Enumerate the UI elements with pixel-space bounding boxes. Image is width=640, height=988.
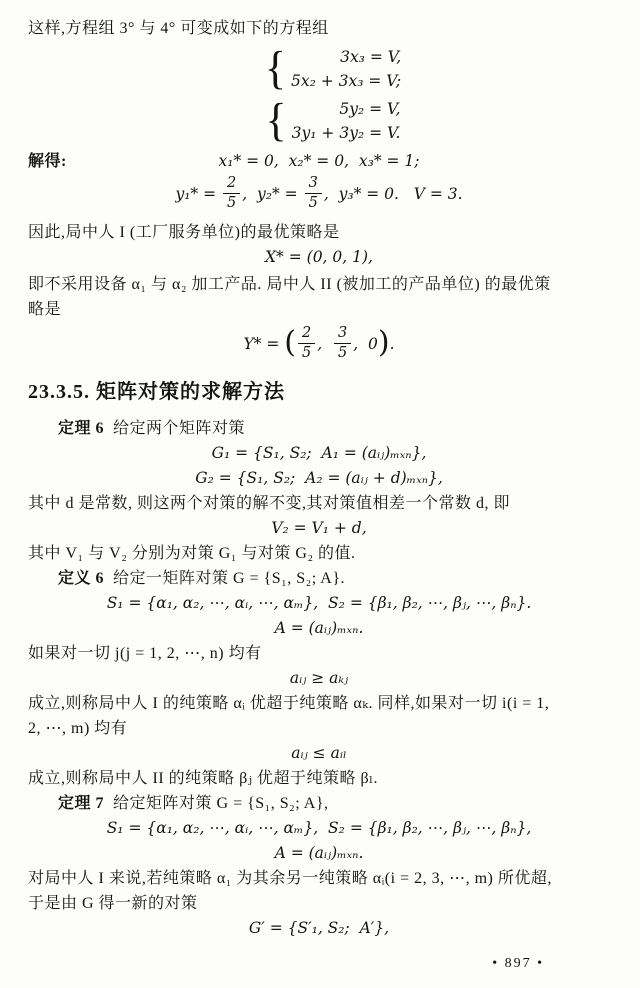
denominator: 5 [302, 344, 311, 361]
theorem6-g2-formula: G₂ = {S₁, S₂; A₂ = (aᵢⱼ + d)ₘₓₙ}, [28, 466, 610, 491]
equation-rows: 3x₃ = V, 5x₂ + 3x₃ = V; [291, 45, 401, 93]
y-solution-part2: , y₂* = [242, 185, 302, 203]
definition6-inequality1: aᵢⱼ ≥ aₖⱼ [28, 666, 610, 691]
x-star-formula: X* = (0, 0, 1), [28, 245, 610, 270]
theorem7-body-line1: 对局中人 I 来说,若纯策略 α₁ 为其余另一纯策略 αᵢ(i = 2, 3, … [28, 866, 610, 891]
definition6-s-sets-formula: S₁ = {α₁, α₂, ⋯, αᵢ, ⋯, αₘ}, S₂ = {β₁, β… [28, 591, 610, 616]
numerator: 3 [334, 326, 351, 344]
definition6-condition1: 如果对一切 j(j = 1, 2, ⋯, n) 均有 [28, 641, 610, 666]
x-solution-formula: x₁* = 0, x₂* = 0, x₃* = 1; [28, 149, 610, 174]
fraction: 3 5 [334, 326, 351, 360]
equation-x-row2: 5x₂ + 3x₃ = V; [291, 69, 401, 93]
definition6-a-matrix-formula: A = (aᵢⱼ)ₘₓₙ. [28, 616, 610, 641]
definition6-intro-row: 定义 6 给定一矩阵对策 G = {S₁, S₂; A}. [28, 566, 610, 591]
solve-label: 解得: [28, 149, 67, 174]
theorem7-intro: 给定矩阵对策 G = {S₁, S₂; A}, [113, 795, 329, 812]
theorem6-intro-row: 定理 6 给定两个矩阵对策 [28, 416, 610, 441]
y-star-comma: , [317, 335, 332, 353]
denominator: 5 [309, 194, 318, 211]
equation-y-row1: 5y₂ = V, [339, 97, 400, 121]
theorem6-tail: 其中 V₁ 与 V₂ 分别为对策 G₁ 与对策 G₂ 的值. [28, 541, 610, 566]
theorem6-body: 其中 d 是常数, 则这两个对策的解不变,其对策值相差一个常数 d, 即 [28, 491, 610, 516]
y-solution-formula: y₁* = 2 5 , y₂* = 3 5 , y₃* = 0. V = 3. [28, 174, 610, 214]
definition6-condition1-post-line1: 成立,则称局中人 I 的纯策略 αᵢ 优超于纯策略 αₖ. 同样,如果对一切 i… [28, 691, 610, 716]
left-paren: ( [284, 328, 296, 358]
numerator: 3 [305, 176, 322, 194]
theorem7-label: 定理 7 [58, 795, 104, 812]
y-star-part2: , 0 [353, 335, 378, 353]
y-solution-part3: , y₃* = 0. V = 3. [324, 185, 463, 203]
right-paren: ) [378, 328, 390, 358]
theorem7-s-sets-formula: S₁ = {α₁, α₂, ⋯, αᵢ, ⋯, αₘ}, S₂ = {β₁, β… [28, 816, 610, 841]
paragraph-player1-strategy: 因此,局中人 I (工厂服务单位)的最优策略是 [28, 220, 610, 245]
theorem6-g1-formula: G₁ = {S₁, S₂; A₁ = (aᵢⱼ)ₘₓₙ}, [28, 441, 610, 466]
y-star-formula: Y* = ( 2 5 , 3 5 , 0 ) . [28, 324, 610, 364]
left-brace: { [266, 98, 287, 144]
solution-x-row: 解得: x₁* = 0, x₂* = 0, x₃* = 1; [28, 149, 610, 174]
equation-system-y: { 5y₂ = V, 3y₁ + 3y₂ = V. [42, 97, 624, 145]
definition6-label: 定义 6 [58, 570, 104, 587]
numerator: 2 [298, 326, 315, 344]
intro-line: 这样,方程组 3° 与 4° 可变成如下的方程组 [28, 16, 610, 41]
theorem6-v-formula: V₂ = V₁ + d, [28, 516, 610, 541]
paragraph-player2-strategy-line2: 略是 [28, 297, 610, 322]
theorem7-intro-row: 定理 7 给定矩阵对策 G = {S₁, S₂; A}, [28, 791, 610, 816]
theorem7-a-matrix-formula: A = (aᵢⱼ)ₘₓₙ. [28, 841, 610, 866]
theorem6-label: 定理 6 [58, 420, 104, 437]
section-heading: 23.3.5. 矩阵对策的求解方法 [28, 378, 610, 406]
document-page: 这样,方程组 3° 与 4° 可变成如下的方程组 { 3x₃ = V, 5x₂ … [0, 0, 640, 988]
y-star-part1: Y* = [243, 335, 284, 353]
theorem7-g-prime-formula: G′ = {S′₁, S₂; A′}, [28, 916, 610, 941]
paragraph-player2-strategy-line1: 即不采用设备 α₁ 与 α₂ 加工产品. 局中人 II (被加工的产品单位) 的… [28, 272, 610, 297]
equation-x-row1: 3x₃ = V, [340, 45, 401, 69]
definition6-condition2-post: 成立,则称局中人 II 的纯策略 βⱼ 优超于纯策略 βₗ. [28, 766, 610, 791]
y-star-period: . [390, 335, 395, 353]
y-solution-part1: y₁* = [175, 185, 221, 203]
denominator: 5 [338, 344, 347, 361]
numerator: 2 [223, 176, 240, 194]
theorem6-intro: 给定两个矩阵对策 [113, 420, 245, 437]
equation-rows: 5y₂ = V, 3y₁ + 3y₂ = V. [292, 97, 401, 145]
left-brace: { [265, 46, 286, 92]
definition6-intro: 给定一矩阵对策 G = {S₁, S₂; A}. [113, 570, 345, 587]
definition6-condition1-post-line2: 2, ⋯, m) 均有 [28, 716, 610, 741]
theorem7-body-line2: 于是由 G 得一新的对策 [28, 891, 610, 916]
definition6-inequality2: aᵢⱼ ≤ aᵢₗ [28, 741, 610, 766]
equation-system-x: { 3x₃ = V, 5x₂ + 3x₃ = V; [42, 45, 624, 93]
fraction: 2 5 [298, 326, 315, 360]
denominator: 5 [227, 194, 236, 211]
page-number: • 897 • [492, 956, 544, 972]
equation-y-row2: 3y₁ + 3y₂ = V. [292, 121, 401, 145]
fraction: 2 5 [223, 176, 240, 210]
fraction: 3 5 [305, 176, 322, 210]
